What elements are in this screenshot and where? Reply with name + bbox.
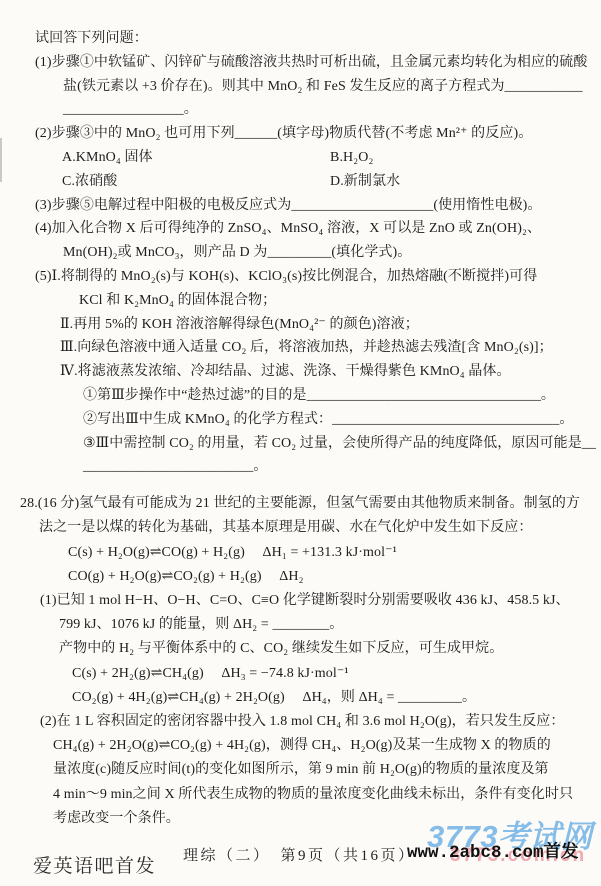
q28-intro-line-1: 28.(16 分)氢气最有可能成为 21 世纪的主要能源，但氢气需要由其他物质来… xyxy=(20,492,580,516)
q28-1-line-2: 799 kJ、1076 kJ 的能量，则 ΔH₂ = ________。 xyxy=(35,613,580,637)
q1-answer-blank: _________________。 xyxy=(35,98,580,122)
question-28-section: 28.(16 分)氢气最有可能成为 21 世纪的主要能源，但氢气需要由其他物质来… xyxy=(35,492,580,831)
q5-sub-3-blank-line: ________________________。 xyxy=(35,455,580,479)
q4-line-1: (4)加入化合物 X 后可得纯净的 ZnSO₄、MnSO₄ 溶液，X 可以是 Z… xyxy=(35,217,580,241)
q28-1-line-3: 产物中的 H₂ 与平衡体系中的 C、CO₂ 继续发生如下反应，可生成甲烷。 xyxy=(35,637,580,661)
credit-bottom-left: 爱英语吧首发 xyxy=(33,851,156,878)
question-27-section: 试回答下列问题： (1)步骤①中软锰矿、闪锌矿与硫酸溶液共热时可析出硫，且金属元… xyxy=(35,27,580,479)
intro-line: 试回答下列问题： xyxy=(35,27,580,51)
q2-line: (2)步骤③中的 MnO₂ 也可用下列______(填字母)物质代替(不考虑 M… xyxy=(35,122,580,146)
option-row-cd: C.浓硝酸 D.新制氯水 xyxy=(35,170,580,194)
q28-2-line-3: 量浓度(c)随反应时间(t)的变化如图所示，第 9 min 前 H₂O(g)的物… xyxy=(35,758,580,782)
option-c: C.浓硝酸 xyxy=(62,174,117,189)
q4-line-2: Mn(OH)₂或 MnCO₃，则产品 D 为_________(填化学式)。 xyxy=(35,241,580,265)
q5-step-2-line: Ⅱ.再用 5%的 KOH 溶液溶解得绿色(MnO₄²⁻ 的颜色)溶液； xyxy=(35,313,580,337)
q28-equation-3: C(s) + 2H₂(g)⇌CH₄(g) ΔH₃ = −74.8 kJ·mol⁻… xyxy=(35,662,580,686)
q5-sub-2-line: ②写出Ⅲ中生成 KMnO₄ 的化学方程式：___________________… xyxy=(35,408,580,432)
q28-1-line-1: (1)已知 1 mol H−H、O−H、C=O、C≡O 化学键断裂时分别需要吸收… xyxy=(35,589,580,613)
q28-equation-4: CO₂(g) + 4H₂(g)⇌CH₄(g) + 2H₂O(g) ΔH₄，则 Δ… xyxy=(35,686,580,710)
q3-line: (3)步骤⑤电解过程中阳极的电极反应式为____________________… xyxy=(35,194,580,218)
page-footer-label: 理综（二） 第9页（共16页） xyxy=(183,844,416,865)
watermark-2abc8-url: www.2abc8.com首发 xyxy=(407,838,579,863)
q5-sub-1-line: ①第Ⅲ步操作中“趁热过滤”的目的是_______________________… xyxy=(35,384,580,408)
q1-line-1: (1)步骤①中软锰矿、闪锌矿与硫酸溶液共热时可析出硫，且金属元素均转化为相应的硫… xyxy=(35,51,580,75)
q28-2-equation-line: CH₄(g) + 2H₂O(g)⇌CO₂(g) + 4H₂(g)，测得 CH₄、… xyxy=(35,734,580,758)
option-row-ab: A.KMnO₄ 固体 B.H₂O₂ xyxy=(35,146,580,170)
option-a: A.KMnO₄ 固体 xyxy=(62,150,153,165)
exam-page: 试回答下列问题： (1)步骤①中软锰矿、闪锌矿与硫酸溶液共热时可析出硫，且金属元… xyxy=(0,0,601,886)
q5-step-3-line: Ⅲ.向绿色溶液中通入适量 CO₂ 后，将溶液加热，并趁热滤去残渣[含 MnO₂(… xyxy=(35,336,580,360)
q28-2-line-1: (2)在 1 L 容积固定的密闭容器中投入 1.8 mol CH₄ 和 3.6 … xyxy=(35,710,580,734)
q28-intro-line-2: 法之一是以煤的转化为基础，其基本原理是用碳、水在气化炉中发生如下反应： xyxy=(35,516,580,540)
q28-equation-2: CO(g) + H₂O(g)⇌CO₂(g) + H₂(g) ΔH₂ xyxy=(35,565,580,589)
option-b: B.H₂O₂ xyxy=(330,146,373,170)
scan-artifact-line xyxy=(0,138,2,182)
q5-sub-3-line-1: ③Ⅲ中需控制 CO₂ 的用量，若 CO₂ 过量，会使所得产品的纯度降低，原因可能… xyxy=(35,432,580,456)
q5-step-1-line-2: KCl 和 K₂MnO₄ 的固体混合物； xyxy=(35,289,580,313)
q5-step-4-line: Ⅳ.将滤液蒸发浓缩、冷却结晶、过滤、洗涤、干燥得紫色 KMnO₄ 晶体。 xyxy=(35,360,580,384)
q1-line-2: 盐(铁元素以 +3 价存在)。则其中 MnO₂ 和 FeS 发生反应的离子方程式… xyxy=(35,75,580,99)
q28-2-line-4: 4 min～9 min之间 X 所代表生成物的物质的量浓度变化曲线未标出，条件有… xyxy=(35,783,580,807)
option-d: D.新制氯水 xyxy=(330,170,400,194)
q5-step-1-line-1: (5)Ⅰ.将制得的 MnO₂(s)与 KOH(s)、KClO₃(s)按比例混合，… xyxy=(35,265,580,289)
exam-body: 试回答下列问题： (1)步骤①中软锰矿、闪锌矿与硫酸溶液共热时可析出硫，且金属元… xyxy=(35,27,580,831)
q28-equation-1: C(s) + H₂O(g)⇌CO(g) + H₂(g) ΔH₁ = +131.3… xyxy=(35,541,580,565)
